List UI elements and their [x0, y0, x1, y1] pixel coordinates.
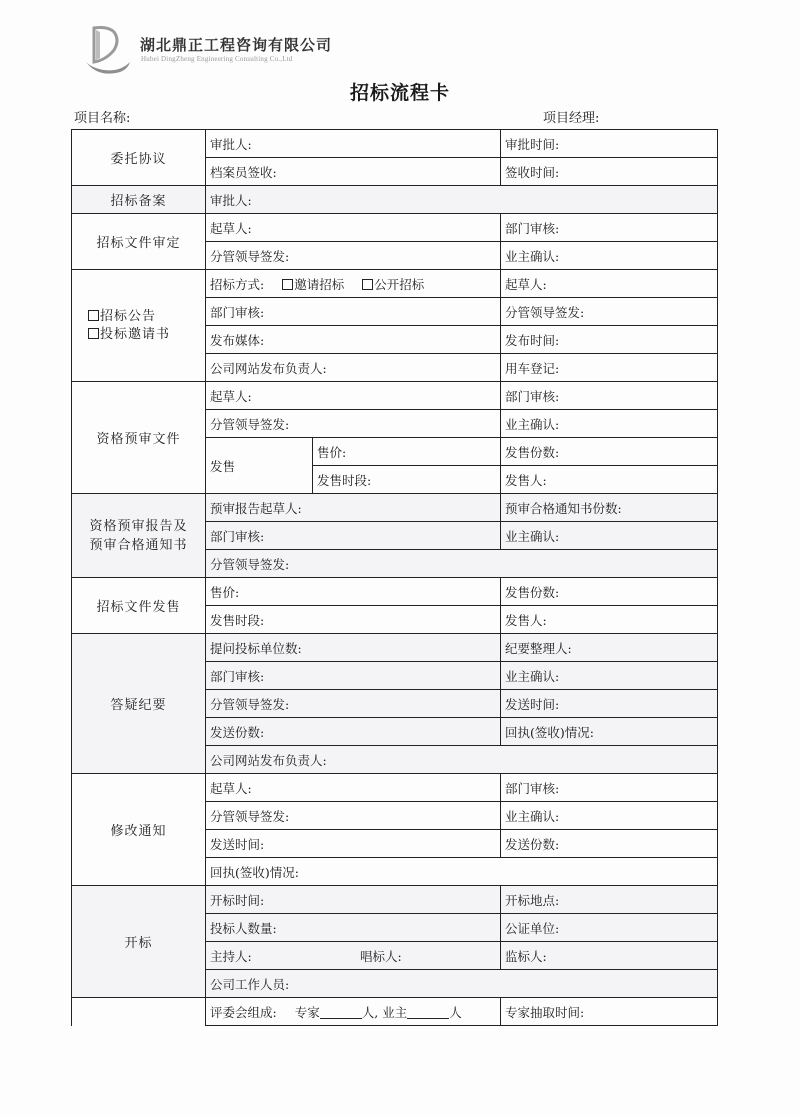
project-name-label: 项目名称:: [74, 107, 130, 126]
field-bidder-count[interactable]: 投标人数量:: [206, 914, 501, 942]
field-dept-review[interactable]: 部门审核:: [501, 382, 718, 410]
section-prequal-report-label: 资格预审报告及 预审合格通知书: [72, 494, 206, 578]
field-minutes-editor[interactable]: 纪要整理人:: [501, 634, 718, 662]
field-bid-method: 招标方式: 邀请招标 公开招标: [206, 270, 501, 298]
field-website-owner[interactable]: 公司网站发布负责人:: [206, 746, 718, 774]
field-expert-draw-time[interactable]: 专家抽取时间:: [501, 998, 718, 1026]
field-dept-review[interactable]: 部门审核:: [206, 662, 501, 690]
section-prequal-doc-label: 资格预审文件: [72, 382, 206, 494]
section-doc-review-label: 招标文件审定: [72, 214, 206, 270]
section-qa-minutes-label: 答疑纪要: [72, 634, 206, 774]
table-row: 委托协议 审批人: 审批时间:: [72, 130, 718, 158]
field-notary[interactable]: 公证单位:: [501, 914, 718, 942]
field-receipt-status[interactable]: 回执(签收)情况:: [206, 858, 718, 886]
table-row: 招标文件审定 起草人: 部门审核:: [72, 214, 718, 242]
field-owner-confirm[interactable]: 业主确认:: [501, 802, 718, 830]
field-send-copies[interactable]: 发送份数:: [206, 718, 501, 746]
field-website-owner[interactable]: 公司网站发布负责人:: [206, 354, 501, 382]
field-report-drafter[interactable]: 预审报告起草人:: [206, 494, 501, 522]
field-drafter[interactable]: 起草人:: [501, 270, 718, 298]
field-sign-time[interactable]: 签收时间:: [501, 158, 718, 186]
field-dept-review[interactable]: 部门审核:: [501, 214, 718, 242]
field-approver[interactable]: 审批人:: [206, 130, 501, 158]
experts-count-blank[interactable]: [320, 1006, 362, 1019]
field-dept-review[interactable]: 部门审核:: [206, 298, 501, 326]
field-sale-period[interactable]: 发售时段:: [313, 466, 501, 494]
table-row: 修改通知 起草人: 部门审核:: [72, 774, 718, 802]
field-vehicle-log[interactable]: 用车登记:: [501, 354, 718, 382]
field-committee[interactable]: 评委会组成: 专家人, 业主人: [206, 998, 501, 1026]
field-opening-time[interactable]: 开标时间:: [206, 886, 501, 914]
field-leader-sign[interactable]: 分管领导签发:: [206, 550, 718, 578]
field-leader-sign[interactable]: 分管领导签发:: [206, 802, 501, 830]
field-media[interactable]: 发布媒体:: [206, 326, 501, 354]
section-amendment-label: 修改通知: [72, 774, 206, 886]
field-send-copies[interactable]: 发送份数:: [501, 830, 718, 858]
company-logo-icon: [84, 22, 134, 78]
checkbox-icon: [362, 279, 373, 290]
table-row: 资格预审报告及 预审合格通知书 预审报告起草人: 预审合格通知书份数:: [72, 494, 718, 522]
field-question-count[interactable]: 提问投标单位数:: [206, 634, 501, 662]
field-staff[interactable]: 公司工作人员:: [206, 970, 718, 998]
owner-count-blank[interactable]: [407, 1006, 449, 1019]
field-copies-sold[interactable]: 发售份数:: [501, 438, 718, 466]
field-seller[interactable]: 发售人:: [501, 606, 718, 634]
field-leader-sign[interactable]: 分管领导签发:: [206, 690, 501, 718]
field-price[interactable]: 售价:: [313, 438, 501, 466]
section-doc-sale-label: 招标文件发售: [72, 578, 206, 634]
field-owner-confirm[interactable]: 业主确认:: [501, 662, 718, 690]
field-owner-confirm[interactable]: 业主确认:: [501, 410, 718, 438]
section-evaluation-label: [72, 998, 206, 1026]
field-owner-confirm[interactable]: 业主确认:: [501, 522, 718, 550]
field-leader-sign[interactable]: 分管领导签发:: [206, 410, 501, 438]
field-seller[interactable]: 发售人:: [501, 466, 718, 494]
table-row: 招标备案 审批人:: [72, 186, 718, 214]
table-row: 评委会组成: 专家人, 业主人 专家抽取时间:: [72, 998, 718, 1026]
field-owner-confirm[interactable]: 业主确认:: [501, 242, 718, 270]
field-supervisor[interactable]: 监标人:: [501, 942, 718, 970]
field-send-time[interactable]: 发送时间:: [206, 830, 501, 858]
invited-bidding-checkbox[interactable]: 邀请招标: [282, 277, 344, 292]
field-dept-review[interactable]: 部门审核:: [206, 522, 501, 550]
field-host-and-announcer[interactable]: 主持人:唱标人:: [206, 942, 501, 970]
table-row: 招标文件发售 售价: 发售份数:: [72, 578, 718, 606]
table-row: 资格预审文件 起草人: 部门审核:: [72, 382, 718, 410]
checkbox-icon: [88, 328, 99, 339]
section-bid-opening-label: 开标: [72, 886, 206, 998]
field-drafter[interactable]: 起草人:: [206, 382, 501, 410]
table-row: 开标 开标时间: 开标地点:: [72, 886, 718, 914]
announcement-checkbox[interactable]: 招标公告: [88, 309, 156, 324]
field-archivist-sign[interactable]: 档案员签收:: [206, 158, 501, 186]
company-name: 湖北鼎正工程咨询有限公司: [140, 34, 332, 55]
field-dept-review[interactable]: 部门审核:: [501, 774, 718, 802]
project-manager-label: 项目经理:: [543, 107, 599, 126]
field-opening-location[interactable]: 开标地点:: [501, 886, 718, 914]
section-announcement-label: 招标公告 投标邀请书: [72, 270, 206, 382]
field-receipt-status[interactable]: 回执(签收)情况:: [501, 718, 718, 746]
field-copies-sold[interactable]: 发售份数:: [501, 578, 718, 606]
announcer-label: 唱标人:: [360, 949, 402, 964]
field-drafter[interactable]: 起草人:: [206, 214, 501, 242]
field-approval-time[interactable]: 审批时间:: [501, 130, 718, 158]
invitation-checkbox[interactable]: 投标邀请书: [88, 327, 170, 342]
checkbox-icon: [88, 310, 99, 321]
checkbox-icon: [282, 279, 293, 290]
page-title: 招标流程卡: [0, 78, 800, 105]
field-leader-sign[interactable]: 分管领导签发:: [501, 298, 718, 326]
sale-sublabel: 发售: [206, 438, 313, 494]
company-name-english: Hubei DingZheng Engineering Consulting C…: [141, 55, 293, 63]
table-row: 答疑纪要 提问投标单位数: 纪要整理人:: [72, 634, 718, 662]
field-send-time[interactable]: 发送时间:: [501, 690, 718, 718]
field-drafter[interactable]: 起草人:: [206, 774, 501, 802]
section-filing-label: 招标备案: [72, 186, 206, 214]
section-entrust-label: 委托协议: [72, 130, 206, 186]
field-sale-period[interactable]: 发售时段:: [206, 606, 501, 634]
field-filing-approver[interactable]: 审批人:: [206, 186, 718, 214]
field-publish-time[interactable]: 发布时间:: [501, 326, 718, 354]
open-bidding-checkbox[interactable]: 公开招标: [362, 277, 424, 292]
field-leader-sign[interactable]: 分管领导签发:: [206, 242, 501, 270]
field-price[interactable]: 售价:: [206, 578, 501, 606]
bidding-process-table: 委托协议 审批人: 审批时间: 档案员签收: 签收时间: 招标备案 审批人: 招…: [71, 129, 718, 1026]
host-label: 主持人:: [210, 947, 360, 965]
field-notice-copies[interactable]: 预审合格通知书份数:: [501, 494, 718, 522]
table-row: 招标公告 投标邀请书 招标方式: 邀请招标 公开招标 起草人:: [72, 270, 718, 298]
